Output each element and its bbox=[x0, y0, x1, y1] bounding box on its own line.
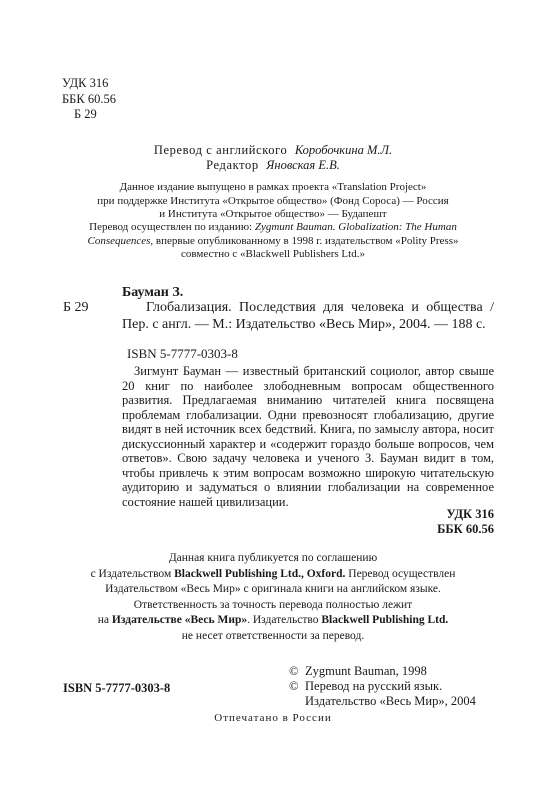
catalog-isbn: ISBN 5-7777-0303-8 bbox=[127, 346, 238, 362]
classification-codes: УДК 316 ББК 60.56 Б 29 bbox=[62, 76, 116, 123]
catalog-description: Глобализация. Последствия для человека и… bbox=[122, 300, 494, 333]
abstract: Зигмунт Бауман — известный британский со… bbox=[122, 364, 494, 509]
license-note: Данная книга публикуется по соглашению с… bbox=[0, 551, 546, 644]
copyright-icon: © bbox=[289, 664, 305, 679]
copyright-icon: © bbox=[289, 679, 305, 694]
project-note: Данное издание выпущено в рамках проекта… bbox=[0, 181, 546, 222]
udk-code: УДК 316 bbox=[62, 76, 116, 92]
author-mark: Б 29 bbox=[62, 107, 116, 123]
catalog-author: Бауман З. bbox=[122, 285, 183, 301]
printed-in: Отпечатано в России bbox=[0, 712, 546, 724]
credits: Перевод с английского Коробочкина М.Л. Р… bbox=[0, 143, 546, 173]
bbk-code: ББК 60.56 bbox=[62, 92, 116, 108]
translator-line: Перевод с английского Коробочкина М.Л. bbox=[0, 143, 546, 158]
catalog-mark: Б 29 bbox=[63, 300, 89, 316]
translator-name: Коробочкина М.Л. bbox=[295, 143, 392, 157]
source-note: Перевод осуществлен по изданию: Zygmunt … bbox=[0, 221, 546, 262]
footer-codes: УДК 316 ББК 60.56 bbox=[380, 507, 494, 537]
copyright-block: ©Zygmunt Bauman, 1998 ©Перевод на русски… bbox=[289, 664, 476, 709]
footer-isbn: ISBN 5-7777-0303-8 bbox=[63, 681, 170, 696]
editor-line: Редактор Яновская Е.В. bbox=[0, 158, 546, 173]
editor-name: Яновская Е.В. bbox=[266, 158, 340, 172]
